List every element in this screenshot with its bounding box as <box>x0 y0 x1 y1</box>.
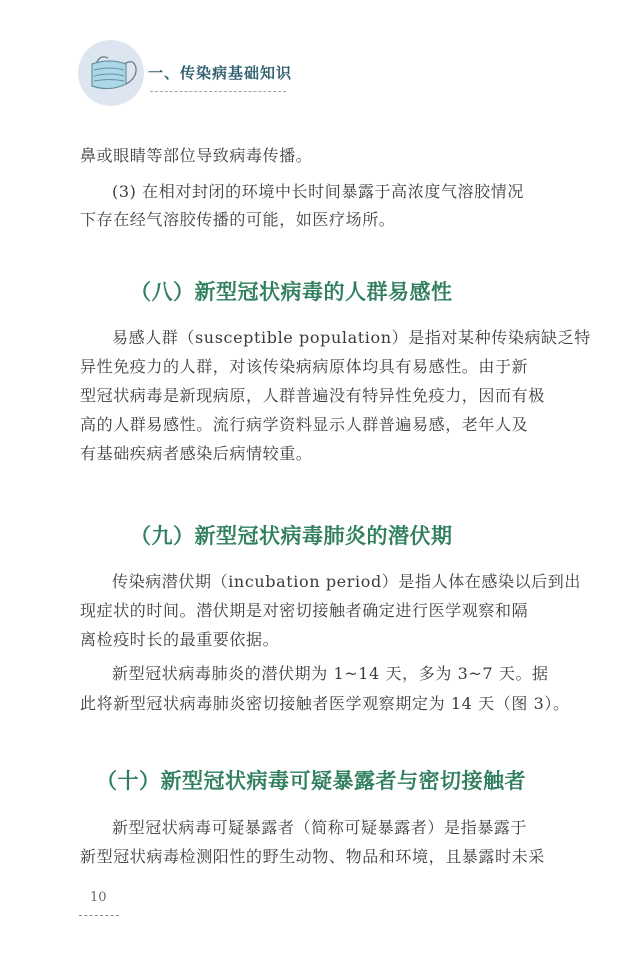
page-number-divider <box>79 915 119 916</box>
text-line: 新型冠状病毒可疑暴露者（简称可疑暴露者）是指暴露于 <box>112 818 527 838</box>
text-line: 传染病潜伏期（incubation period）是指人体在感染以后到出 <box>112 572 581 592</box>
header-divider <box>150 91 286 92</box>
text-line: 型冠状病毒是新现病原，人群普遍没有特异性免疫力，因而有极 <box>80 386 545 406</box>
text-line: (3) 在相对封闭的环境中长时间暴露于高浓度气溶胶情况 <box>112 182 524 202</box>
section-heading-8: （八）新型冠状病毒的人群易感性 <box>130 276 453 306</box>
text-line: 下存在经气溶胶传播的可能，如医疗场所。 <box>80 210 395 230</box>
text-line: 此将新型冠状病毒肺炎密切接触者医学观察期定为 14 天（图 3）。 <box>80 694 570 714</box>
text-line: 现症状的时间。潜伏期是对密切接触者确定进行医学观察和隔 <box>80 601 528 621</box>
section-heading-9: （九）新型冠状病毒肺炎的潜伏期 <box>130 520 453 550</box>
text-line: 易感人群（susceptible population）是指对某种传染病缺乏特 <box>112 328 591 348</box>
page-number: 10 <box>90 890 107 905</box>
text-line: 高的人群易感性。流行病学资料显示人群普遍易感，老年人及 <box>80 415 528 435</box>
text-line: 离检疫时长的最重要依据。 <box>80 630 279 650</box>
text-line: 有基础疾病者感染后病情较重。 <box>80 444 312 464</box>
section-heading-10: （十）新型冠状病毒可疑暴露者与密切接触者 <box>96 765 526 795</box>
chapter-title: 一、传染病基础知识 <box>148 62 292 83</box>
text-line: 异性免疫力的人群，对该传染病病原体均具有易感性。由于新 <box>80 357 528 377</box>
text-line: 鼻或眼睛等部位导致病毒传播。 <box>80 146 312 166</box>
text-line: 新型冠状病毒检测阳性的野生动物、物品和环境，且暴露时未采 <box>80 847 545 867</box>
chapter-header: 一、传染病基础知识 <box>78 40 338 110</box>
face-mask-icon <box>78 40 144 106</box>
text-line: 新型冠状病毒肺炎的潜伏期为 1~14 天，多为 3~7 天。据 <box>112 664 549 684</box>
